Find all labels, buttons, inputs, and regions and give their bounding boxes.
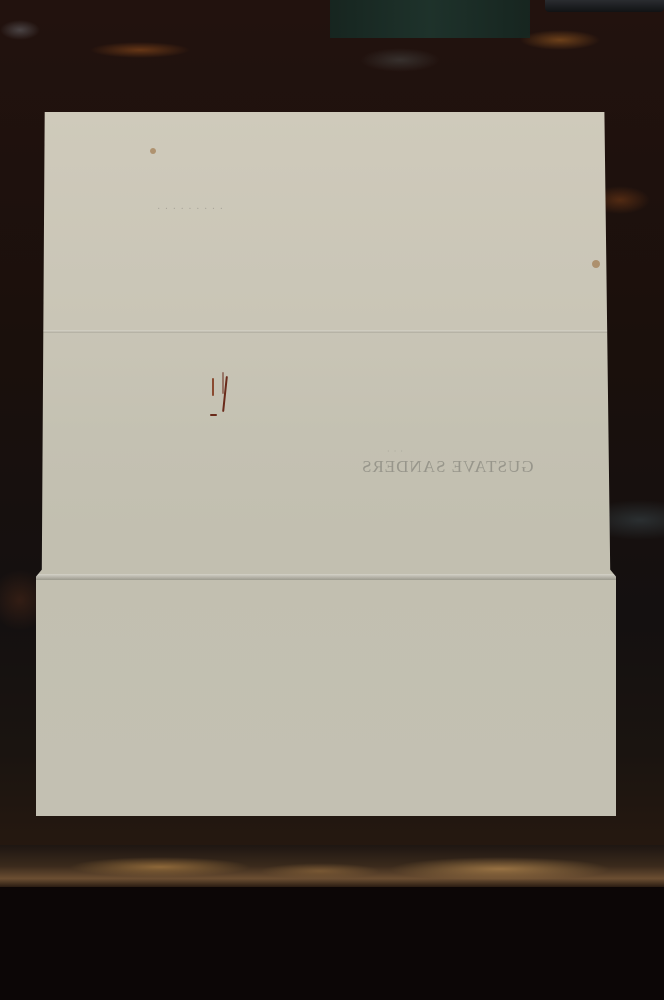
bleed-through-name: GUSTAVE SANDERS [361, 457, 534, 477]
ink-mark [212, 372, 272, 422]
folded-letter: · · · · · · · · · · · · GUSTAVE SANDERS [36, 112, 616, 816]
fold-crease-upper [36, 330, 616, 333]
pen-object [545, 0, 664, 12]
dark-floor [0, 887, 664, 1000]
table-paint-strip [330, 0, 530, 38]
stain-spot [150, 148, 156, 154]
bleed-through-small: · · · [386, 447, 403, 456]
bleed-through-line: · · · · · · · · · [156, 204, 223, 215]
table-edge [0, 845, 664, 887]
fold-crease-lower [36, 574, 616, 580]
stain-spot [592, 260, 600, 268]
